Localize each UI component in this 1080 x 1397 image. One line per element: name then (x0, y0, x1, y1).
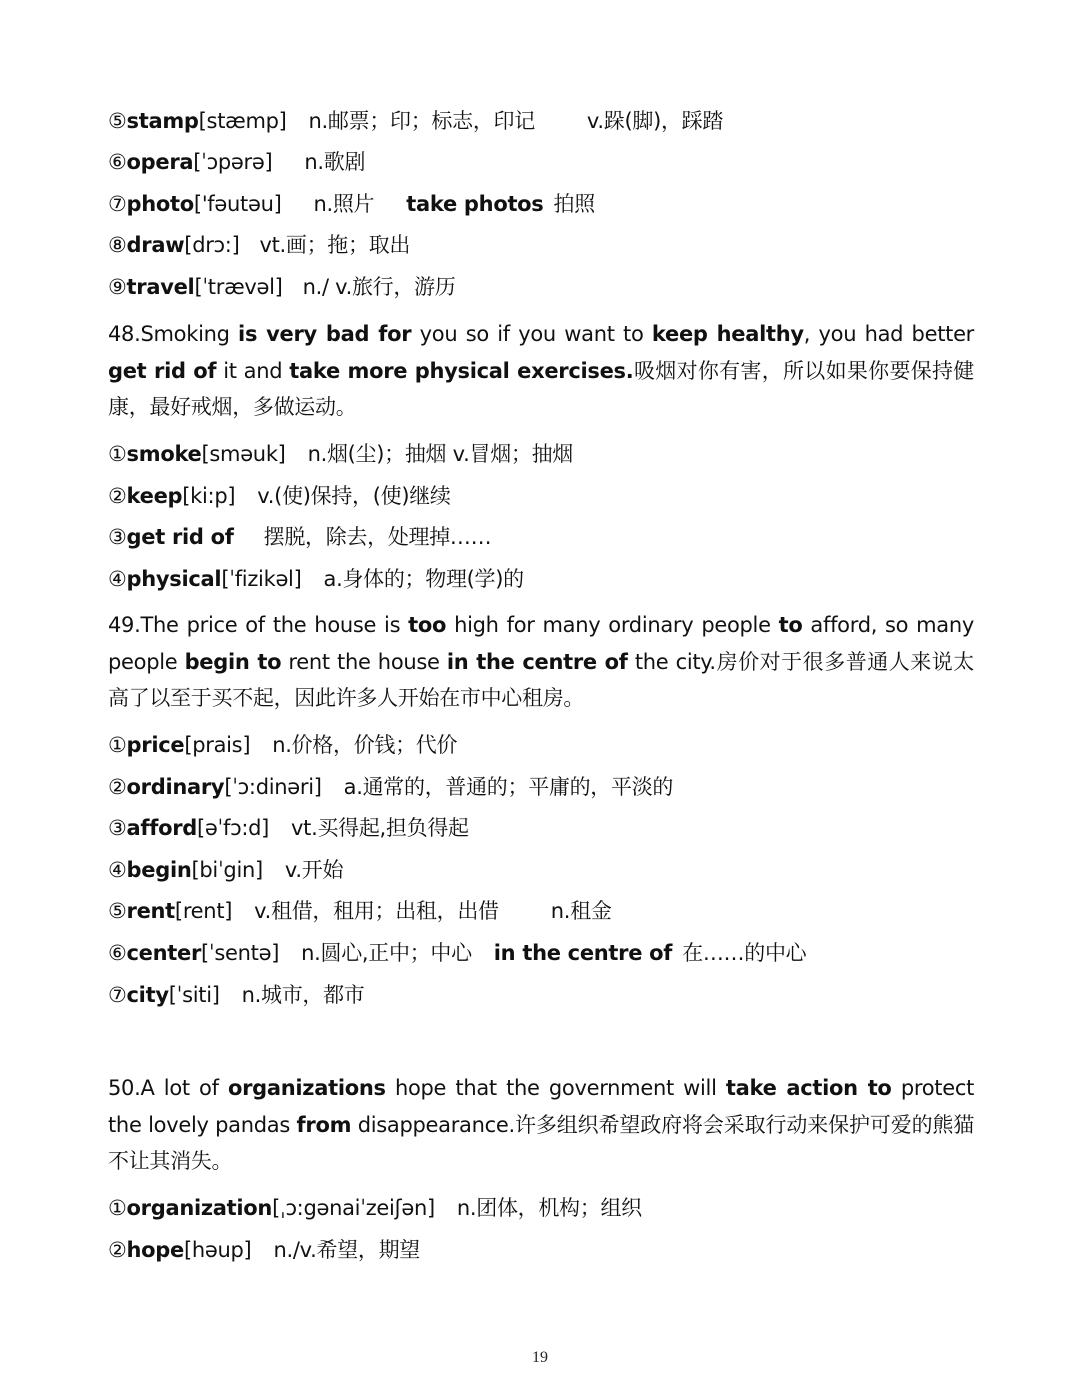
item-marker: ① (108, 733, 127, 757)
vocab-word: smoke (127, 442, 202, 466)
phrase: in the centre of (494, 941, 672, 965)
vocab-item-physical: ④physical[ˈfizikəl]a.身体的；物理(学)的 (108, 564, 524, 594)
key-phrase: to (779, 613, 803, 637)
sentence-number: 49. (108, 613, 141, 637)
document-page: ⑤stamp[stæmp]n.邮票；印；标志，印记v.跺(脚)，踩踏 ⑥oper… (0, 0, 1080, 1397)
phonetic: [ˈtrævəl] (194, 275, 282, 299)
definition-noun: n.租金 (551, 899, 612, 923)
phonetic: ['fəutəu] (194, 192, 282, 216)
vocab-word: stamp (127, 109, 199, 133)
vocab-word: opera (127, 150, 194, 174)
phonetic: [ˈfizikəl] (221, 567, 301, 591)
sentence-48: 48.Smoking is very bad for you so if you… (108, 316, 974, 426)
vocab-word: physical (127, 567, 222, 591)
phonetic: [həup] (184, 1238, 251, 1262)
key-phrase: begin to (185, 650, 282, 674)
definition: n.照片 (313, 192, 374, 216)
definition: a.身体的；物理(学)的 (324, 567, 524, 591)
item-marker: ① (108, 442, 127, 466)
definition: v.租借，租用；出租，出借 (254, 899, 499, 923)
vocab-word: keep (127, 484, 183, 508)
phonetic: [ˈsentə] (201, 941, 279, 965)
vocab-word: hope (127, 1238, 184, 1262)
vocab-word: city (127, 983, 169, 1007)
item-marker: ⑥ (108, 941, 127, 965)
vocab-item-travel: ⑨travel[ˈtrævəl]n./ v.旅行，游历 (108, 272, 456, 302)
definition: v.开始 (285, 858, 343, 882)
key-phrase: in the centre of (447, 650, 628, 674)
phonetic: [rent] (175, 899, 232, 923)
vocab-item-rent: ⑤rent[rent]v.租借，租用；出租，出借n.租金 (108, 896, 612, 926)
item-marker: ② (108, 775, 127, 799)
vocab-item-price: ①price[prais]n.价格，价钱；代价 (108, 730, 457, 760)
sentence-text: high for many ordinary people (446, 613, 778, 637)
phrase: take photos (406, 192, 543, 216)
sentence-number: 50. (108, 1076, 141, 1100)
definition: v.(使)保持，(使)继续 (257, 484, 450, 508)
key-phrase: get rid of (108, 359, 216, 383)
sentence-49: 49.The price of the house is too high fo… (108, 607, 974, 717)
definition: a.通常的，普通的；平庸的，平淡的 (344, 775, 673, 799)
definition: n.歌剧 (304, 150, 365, 174)
vocab-item-organization: ①organization[ˌɔ:gənaiˈzeiʃən]n.团体，机构；组织 (108, 1193, 642, 1223)
definition: n.价格，价钱；代价 (272, 733, 457, 757)
phonetic: [ˈsiti] (169, 983, 220, 1007)
phonetic: [biˈgin] (192, 858, 263, 882)
definition: n.圆心,正中；中心 (301, 941, 472, 965)
sentence-text: Smoking (141, 322, 239, 346)
sentence-number: 48. (108, 322, 141, 346)
phonetic: [prais] (184, 733, 250, 757)
item-marker: ② (108, 484, 127, 508)
definition: n./ v.旅行，游历 (303, 275, 456, 299)
key-phrase: is very bad for (238, 322, 411, 346)
key-phrase: from (297, 1113, 352, 1137)
item-marker: ⑦ (108, 983, 127, 1007)
sentence-text: A lot of (141, 1076, 228, 1100)
phonetic: [ˌɔ:gənaiˈzeiʃən] (272, 1196, 435, 1220)
definition: n.城市，都市 (242, 983, 365, 1007)
definition-verb: v.跺(脚)，踩踏 (587, 109, 723, 133)
vocab-item-hope: ②hope[həup]n./v.希望，期望 (108, 1235, 420, 1265)
page-number: 19 (0, 1349, 1080, 1367)
vocab-item-draw: ⑧draw[drɔ:]vt.画；拖；取出 (108, 230, 410, 260)
key-phrase: take action to (726, 1076, 892, 1100)
vocab-item-city: ⑦city[ˈsiti]n.城市，都市 (108, 980, 365, 1010)
sentence-50: 50.A lot of organizations hope that the … (108, 1070, 974, 1180)
vocab-word: travel (127, 275, 195, 299)
phrase-definition: 在……的中心 (682, 941, 806, 965)
phrase-definition: 拍照 (554, 192, 595, 216)
definition: vt.买得起,担负得起 (291, 816, 469, 840)
vocab-word: price (127, 733, 185, 757)
key-phrase: keep healthy (652, 322, 804, 346)
vocab-word: get rid of (127, 525, 234, 549)
sentence-text: rent the house (281, 650, 447, 674)
item-marker: ① (108, 1196, 127, 1220)
phonetic: [ˈɔpərə] (193, 150, 272, 174)
phonetic: [ˈɔ:dinəri] (224, 775, 321, 799)
item-marker: ④ (108, 858, 127, 882)
sentence-text: it and (216, 359, 289, 383)
item-marker: ⑦ (108, 192, 127, 216)
vocab-item-begin: ④begin[biˈgin]v.开始 (108, 855, 343, 885)
vocab-word: begin (127, 858, 192, 882)
vocab-word: photo (127, 192, 194, 216)
vocab-item-ordinary: ②ordinary[ˈɔ:dinəri]a.通常的，普通的；平庸的，平淡的 (108, 772, 673, 802)
vocab-item-stamp: ⑤stamp[stæmp]n.邮票；印；标志，印记v.跺(脚)，踩踏 (108, 106, 723, 136)
phonetic: [drɔ:] (184, 233, 239, 257)
vocab-word: ordinary (127, 775, 225, 799)
vocab-item-get-rid-of: ③get rid of摆脱，除去，处理掉…… (108, 522, 491, 552)
phonetic: [ki:p] (182, 484, 235, 508)
sentence-text: The price of the house is (141, 613, 409, 637)
vocab-word: rent (127, 899, 175, 923)
key-phrase: too (408, 613, 446, 637)
definition: vt.画；拖；取出 (259, 233, 410, 257)
vocab-item-smoke: ①smoke[sməuk]n.烟(尘)；抽烟 v.冒烟；抽烟 (108, 439, 573, 469)
definition: n./v.希望，期望 (273, 1238, 420, 1262)
vocab-item-keep: ②keep[ki:p]v.(使)保持，(使)继续 (108, 481, 451, 511)
item-marker: ⑧ (108, 233, 127, 257)
phonetic: [əˈfɔ:d] (197, 816, 269, 840)
key-phrase: take more physical exercises. (289, 359, 633, 383)
definition: n.烟(尘)；抽烟 v.冒烟；抽烟 (308, 442, 573, 466)
sentence-text: , you had better (804, 322, 974, 346)
phonetic: [stæmp] (199, 109, 287, 133)
item-marker: ② (108, 1238, 127, 1262)
vocab-item-center: ⑥center[ˈsentə]n.圆心,正中；中心in the centre o… (108, 938, 806, 968)
definition: n.团体，机构；组织 (457, 1196, 642, 1220)
sentence-text: you so if you want to (411, 322, 652, 346)
vocab-word: organization (127, 1196, 273, 1220)
item-marker: ③ (108, 525, 127, 549)
sentence-text: hope that the government will (386, 1076, 726, 1100)
vocab-item-afford: ③afford[əˈfɔ:d]vt.买得起,担负得起 (108, 813, 469, 843)
definition: n.邮票；印；标志，印记 (309, 109, 535, 133)
item-marker: ④ (108, 567, 127, 591)
phonetic: [sməuk] (202, 442, 286, 466)
item-marker: ⑨ (108, 275, 127, 299)
vocab-word: afford (127, 816, 197, 840)
item-marker: ⑤ (108, 109, 127, 133)
key-phrase: organizations (228, 1076, 386, 1100)
vocab-word: center (127, 941, 201, 965)
item-marker: ③ (108, 816, 127, 840)
vocab-item-photo: ⑦photo['fəutəu]n.照片take photos拍照 (108, 189, 595, 219)
item-marker: ⑤ (108, 899, 127, 923)
vocab-item-opera: ⑥opera[ˈɔpərə]n.歌剧 (108, 147, 365, 177)
definition: 摆脱，除去，处理掉…… (264, 525, 492, 549)
item-marker: ⑥ (108, 150, 127, 174)
vocab-word: draw (127, 233, 185, 257)
